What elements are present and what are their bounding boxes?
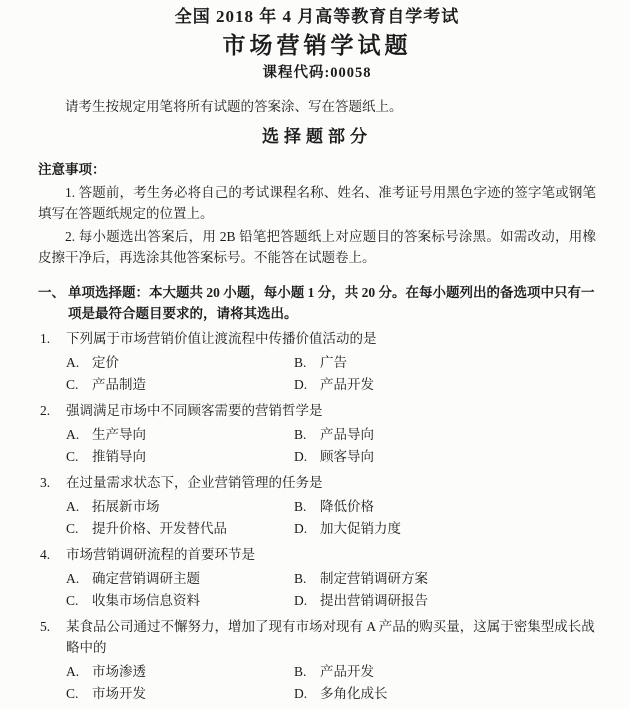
option-label: D. [294, 590, 320, 612]
question-number: 3. [38, 472, 66, 493]
option-text: 提出营销调研报告 [320, 590, 596, 612]
question-number: 1. [38, 328, 66, 349]
option-text: 制定营销调研方案 [320, 568, 596, 590]
option-label: B. [294, 352, 320, 374]
option-label: D. [294, 446, 320, 468]
exam-session-title: 全国 2018 年 4 月高等教育自学考试 [38, 5, 596, 29]
section-title: 选择题部分 [38, 123, 596, 151]
option-text: 推销导向 [92, 446, 294, 468]
option-label: B. [294, 496, 320, 518]
question-options: A. 确定营销调研主题 B. 制定营销调研方案 C. 收集市场信息资料 D. 提… [66, 568, 596, 612]
option-label: D. [294, 374, 320, 396]
note-item-2: 2. 每小题选出答案后，用 2B 铅笔把答题纸上对应题目的答案标号涂黑。如需改动… [38, 226, 596, 268]
option-label: D. [294, 683, 320, 705]
option: B. 广告 [294, 352, 596, 374]
option: D. 加大促销力度 [294, 518, 596, 540]
option-text: 产品导向 [320, 424, 596, 446]
option: A. 拓展新市场 [66, 496, 294, 518]
option-text: 产品开发 [320, 374, 596, 396]
option-label: C. [66, 518, 92, 540]
option: C. 提升价格、开发替代品 [66, 518, 294, 540]
option: C. 收集市场信息资料 [66, 590, 294, 612]
question-line: 1. 下列属于市场营销价值让渡流程中传播价值活动的是 [38, 328, 596, 349]
option-label: C. [66, 446, 92, 468]
option-label: A. [66, 568, 92, 590]
option: D. 顾客导向 [294, 446, 596, 468]
option-text: 加大促销力度 [320, 518, 596, 540]
question-text: 某食品公司通过不懈努力，增加了现有市场对现有 A 产品的购买量，这属于密集型成长… [66, 616, 596, 658]
question: 2. 强调满足市场中不同顾客需要的营销哲学是 A. 生产导向 B. 产品导向 C… [38, 400, 596, 468]
option: A. 市场渗透 [66, 661, 294, 683]
note-item-1: 1. 答题前，考生务必将自己的考试课程名称、姓名、准考证号用黑色字迹的签字笔或钢… [38, 182, 596, 224]
option: C. 产品制造 [66, 374, 294, 396]
option-label: A. [66, 424, 92, 446]
option-label: B. [294, 424, 320, 446]
option-text: 降低价格 [320, 496, 596, 518]
question-text: 强调满足市场中不同顾客需要的营销哲学是 [66, 400, 596, 421]
notes-heading: 注意事项： [38, 160, 596, 180]
part-heading-text: 单项选择题：本大题共 20 小题，每小题 1 分，共 20 分。在每小题列出的备… [68, 282, 596, 324]
question-text: 市场营销调研流程的首要环节是 [66, 544, 596, 565]
option: B. 制定营销调研方案 [294, 568, 596, 590]
option-label: C. [66, 590, 92, 612]
option-label: D. [294, 518, 320, 540]
question-options: A. 生产导向 B. 产品导向 C. 推销导向 D. 顾客导向 [66, 424, 596, 468]
option-label: A. [66, 661, 92, 683]
part-heading: 一、 单项选择题：本大题共 20 小题，每小题 1 分，共 20 分。在每小题列… [38, 282, 596, 324]
question: 5. 某食品公司通过不懈努力，增加了现有市场对现有 A 产品的购买量，这属于密集… [38, 616, 596, 705]
question-line: 4. 市场营销调研流程的首要环节是 [38, 544, 596, 565]
paper-title: 市场营销学试题 [38, 29, 596, 63]
question-text: 在过量需求状态下，企业营销管理的任务是 [66, 472, 596, 493]
exam-paper-page: 全国 2018 年 4 月高等教育自学考试 市场营销学试题 课程代码:00058… [0, 0, 630, 705]
option-text: 提升价格、开发替代品 [92, 518, 294, 540]
question-line: 3. 在过量需求状态下，企业营销管理的任务是 [38, 472, 596, 493]
option-label: A. [66, 496, 92, 518]
option-text: 定价 [92, 352, 294, 374]
question-options: A. 市场渗透 B. 产品开发 C. 市场开发 D. 多角化成长 [66, 661, 596, 705]
question-options: A. 定价 B. 广告 C. 产品制造 D. 产品开发 [66, 352, 596, 396]
option-label: B. [294, 568, 320, 590]
option-text: 多角化成长 [320, 683, 596, 705]
option-text: 收集市场信息资料 [92, 590, 294, 612]
option: C. 推销导向 [66, 446, 294, 468]
option-label: C. [66, 374, 92, 396]
option-text: 拓展新市场 [92, 496, 294, 518]
question-options: A. 拓展新市场 B. 降低价格 C. 提升价格、开发替代品 D. 加大促销力度 [66, 496, 596, 540]
option: B. 产品导向 [294, 424, 596, 446]
question: 3. 在过量需求状态下，企业营销管理的任务是 A. 拓展新市场 B. 降低价格 … [38, 472, 596, 540]
option-text: 市场开发 [92, 683, 294, 705]
question-number: 4. [38, 544, 66, 565]
option: D. 产品开发 [294, 374, 596, 396]
option: A. 确定营销调研主题 [66, 568, 294, 590]
option-text: 产品开发 [320, 661, 596, 683]
option: A. 生产导向 [66, 424, 294, 446]
option-text: 广告 [320, 352, 596, 374]
question-number: 5. [38, 616, 66, 658]
option: A. 定价 [66, 352, 294, 374]
question: 1. 下列属于市场营销价值让渡流程中传播价值活动的是 A. 定价 B. 广告 C… [38, 328, 596, 396]
answer-sheet-instruction: 请考生按规定用笔将所有试题的答案涂、写在答题纸上。 [38, 97, 596, 117]
option: C. 市场开发 [66, 683, 294, 705]
question-number: 2. [38, 400, 66, 421]
option-label: B. [294, 661, 320, 683]
option: D. 提出营销调研报告 [294, 590, 596, 612]
question-line: 5. 某食品公司通过不懈努力，增加了现有市场对现有 A 产品的购买量，这属于密集… [38, 616, 596, 658]
course-code: 课程代码:00058 [38, 63, 596, 83]
option-text: 生产导向 [92, 424, 294, 446]
option: B. 降低价格 [294, 496, 596, 518]
question-text: 下列属于市场营销价值让渡流程中传播价值活动的是 [66, 328, 596, 349]
option-text: 顾客导向 [320, 446, 596, 468]
option: B. 产品开发 [294, 661, 596, 683]
option-text: 市场渗透 [92, 661, 294, 683]
option-text: 确定营销调研主题 [92, 568, 294, 590]
option-text: 产品制造 [92, 374, 294, 396]
part-marker: 一、 [38, 282, 68, 324]
question-line: 2. 强调满足市场中不同顾客需要的营销哲学是 [38, 400, 596, 421]
option-label: A. [66, 352, 92, 374]
option: D. 多角化成长 [294, 683, 596, 705]
question-list: 1. 下列属于市场营销价值让渡流程中传播价值活动的是 A. 定价 B. 广告 C… [38, 328, 596, 705]
question: 4. 市场营销调研流程的首要环节是 A. 确定营销调研主题 B. 制定营销调研方… [38, 544, 596, 612]
option-label: C. [66, 683, 92, 705]
